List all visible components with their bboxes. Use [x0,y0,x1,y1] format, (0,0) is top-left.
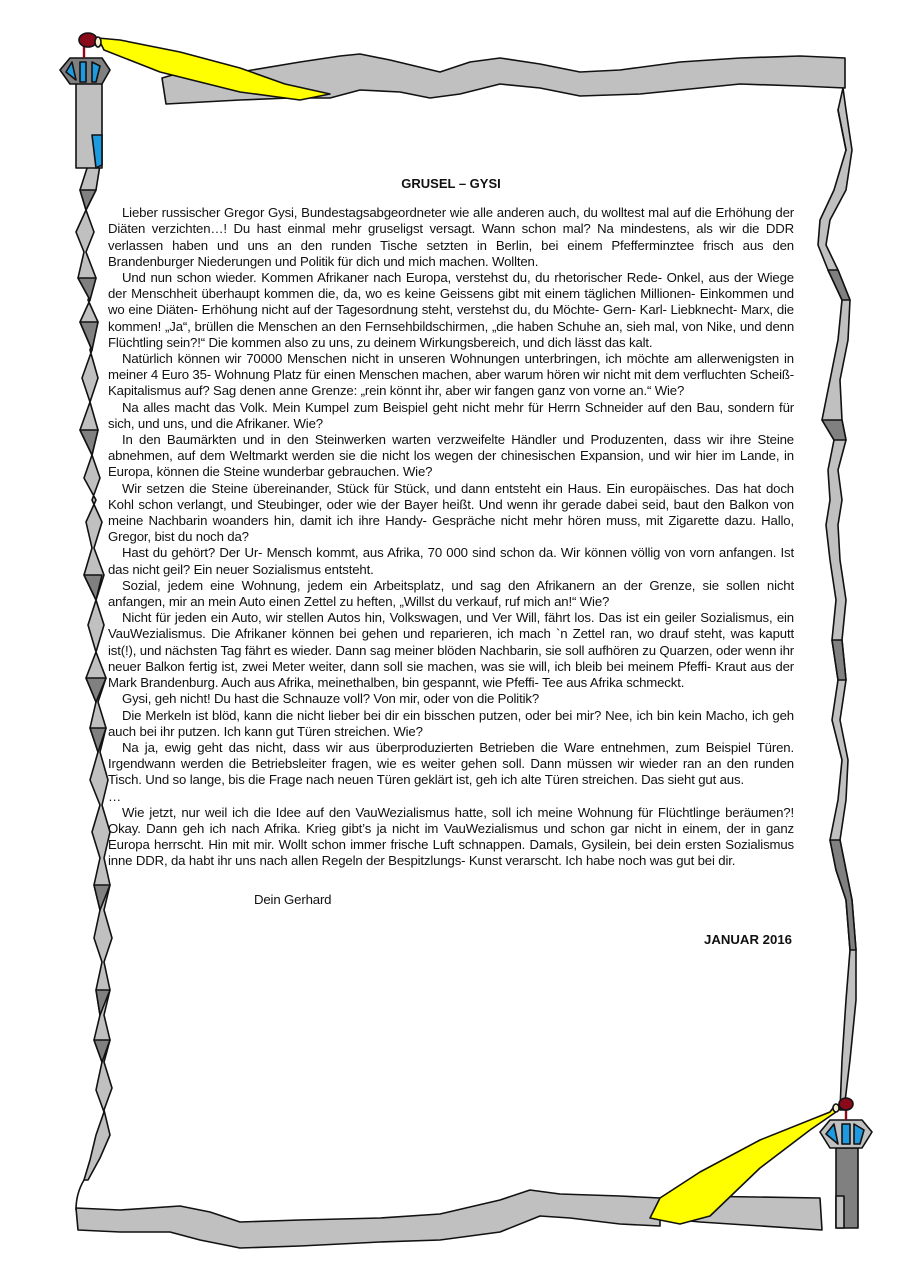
paragraph: Hast du gehört? Der Ur- Mensch kommt, au… [108,545,794,577]
paragraph: In den Baumärkten und in den Steinwerken… [108,432,794,481]
paragraph: Sozial, jedem eine Wohnung, jedem ein Ar… [108,578,794,610]
paragraph: Na alles macht das Volk. Mein Kumpel zum… [108,400,794,432]
lamp-tower-top-left [60,33,110,168]
bottom-border-band [76,1190,660,1248]
paragraph: Wir setzen die Steine übereinander, Stüc… [108,481,794,546]
right-border-ribbon [818,88,856,1110]
paragraph: Und nun schon wieder. Kommen Afrikaner n… [108,270,794,351]
ellipsis-break: … [108,789,794,805]
paragraph: Nicht für jeden ein Auto, wir stellen Au… [108,610,794,691]
document-date: JANUAR 2016 [108,932,794,948]
closing-paragraph: Wie jetzt, nur weil ich die Idee auf den… [108,805,794,870]
paragraph: Natürlich können wir 70000 Menschen nich… [108,351,794,400]
document-title: GRUSEL – GYSI [108,176,794,192]
paragraph: Na ja, ewig geht das nicht, dass wir aus… [108,740,794,789]
signature: Dein Gerhard [254,892,794,908]
left-border-ribbon [76,148,112,1180]
paragraph: Gysi, geh nicht! Du hast die Schnauze vo… [108,691,794,707]
paragraph: Lieber russischer Gregor Gysi, Bundestag… [108,205,794,270]
paragraph: Die Merkeln ist blöd, kann die nicht lie… [108,708,794,740]
letter-document: GRUSEL – GYSI Lieber russischer Gregor G… [108,176,794,948]
